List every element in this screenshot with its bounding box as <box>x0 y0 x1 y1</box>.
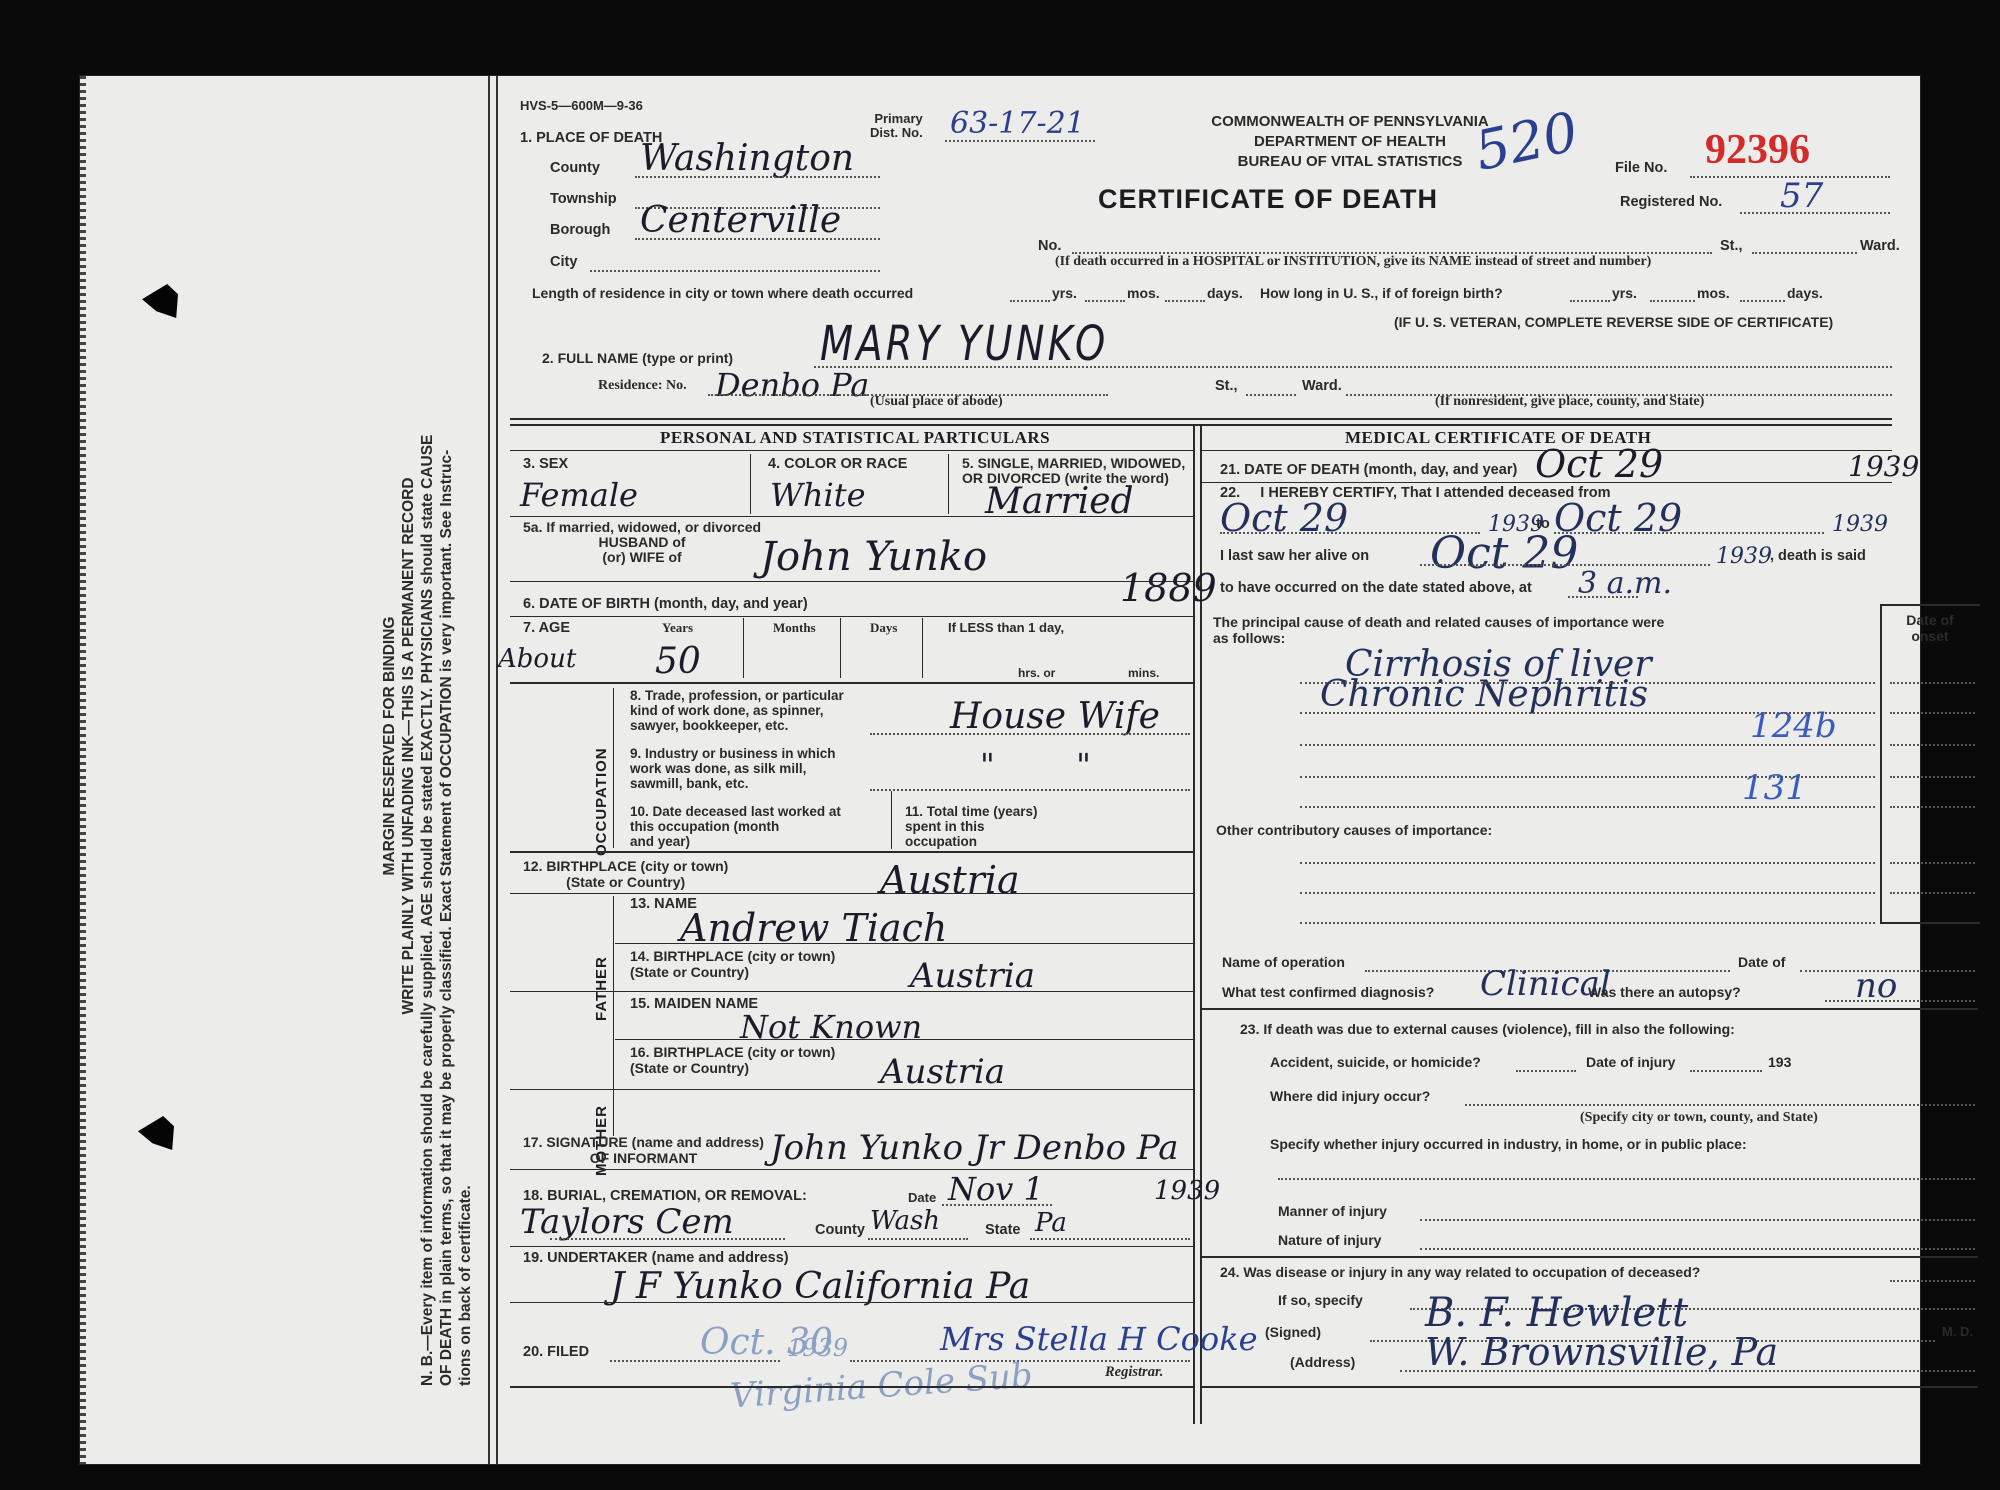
manner-line <box>1420 1219 1975 1221</box>
trade-value: House Wife <box>950 696 1160 737</box>
autopsy-label: Was there an autopsy? <box>1588 984 1741 1000</box>
margin-line-1: MARGIN RESERVED FOR BINDING <box>380 96 399 1396</box>
address-line <box>1400 1370 1975 1372</box>
row-rule-22 <box>1202 1008 1978 1010</box>
burial-date-value: Nov 1 <box>948 1170 1044 1208</box>
undertaker-value: J F Yunko California Pa <box>610 1266 1030 1307</box>
industry-value: " " <box>980 746 1091 784</box>
burial-place-value: Taylors Cem <box>520 1202 734 1242</box>
row-rule-11 <box>510 851 1193 853</box>
registered-no-value: 57 <box>1780 176 1823 216</box>
city-line <box>590 270 880 272</box>
row-rule-23 <box>1202 1256 1978 1258</box>
father-birthplace-value: Austria <box>910 956 1035 996</box>
burial-county-line <box>868 1238 968 1240</box>
registered-no-label: Registered No. <box>1620 194 1722 210</box>
age-prefix: About <box>498 644 576 674</box>
informant-value: John Yunko Jr Denbo Pa <box>770 1128 1179 1168</box>
occupation-related-label: 24. Was disease or injury in any way rel… <box>1220 1264 1700 1280</box>
burial-state-value: Pa <box>1035 1208 1067 1238</box>
burial-year: 1939 <box>1154 1176 1220 1206</box>
mother-name-label: 15. MAIDEN NAME <box>630 996 758 1012</box>
residence-ward-label: Ward. <box>1302 378 1342 394</box>
ward-label: Ward. <box>1860 238 1900 254</box>
industry-label: 9. Industry or business in which work wa… <box>630 746 836 791</box>
cause-line-5 <box>1300 806 1875 808</box>
punch-hole-top <box>142 284 178 318</box>
onset-line-1 <box>1890 682 1975 684</box>
address-label: (Address) <box>1290 1354 1355 1370</box>
residence-mos-label: mos. <box>1127 285 1160 301</box>
cause-line-4 <box>1300 776 1875 778</box>
age-years-label: Years <box>662 620 693 636</box>
specify-label: Specify whether injury occurred in indus… <box>1270 1136 1747 1152</box>
age-mins-label: mins. <box>1128 666 1159 680</box>
borough-label: Borough <box>550 222 610 238</box>
file-no-value: 92396 <box>1705 126 1810 174</box>
age-col-1 <box>743 618 744 678</box>
onset-divider <box>1880 604 1882 924</box>
row-rule-5a <box>510 581 1193 582</box>
residence-mos-line <box>1085 300 1125 302</box>
row-rule-19 <box>510 1302 1193 1303</box>
where-line <box>1465 1104 1975 1106</box>
occupation-col-divider <box>891 791 892 849</box>
veteran-note: (IF U. S. VETERAN, COMPLETE REVERSE SIDE… <box>1394 314 1833 330</box>
us-length-label: How long in U. S., if of foreign birth? <box>1260 285 1503 301</box>
residence-label: Residence: No. <box>598 378 687 394</box>
race-label: 4. COLOR OR RACE <box>768 456 907 472</box>
dob-label: 6. DATE OF BIRTH (month, day, and year) <box>523 596 808 612</box>
registrar-value: Mrs Stella H Cooke <box>940 1320 1258 1358</box>
hospital-note: (If death occurred in a HOSPITAL or INST… <box>1055 254 1651 270</box>
row-rule-7 <box>510 682 1193 684</box>
registered-no-line <box>1740 212 1890 214</box>
personal-heading: PERSONAL AND STATISTICAL PARTICULARS <box>660 428 1050 448</box>
borough-value: Centerville <box>640 200 841 241</box>
row-rule-12 <box>510 893 1193 894</box>
nature-label: Nature of injury <box>1278 1232 1381 1248</box>
death-certificate-page: MARGIN RESERVED FOR BINDING WRITE PLAINL… <box>80 76 1920 1464</box>
row-rule-6 <box>510 616 1193 617</box>
occupation-side-rule <box>613 688 614 848</box>
trade-line <box>870 733 1190 735</box>
age-less-label: If LESS than 1 day, <box>948 620 1064 635</box>
primary-dist-value: 63-17-21 <box>950 106 1085 141</box>
contributory-label: Other contributory causes of importance: <box>1216 822 1492 838</box>
death-said-label: , death is said <box>1770 548 1866 564</box>
binding-line <box>488 76 498 1464</box>
row-rule-14 <box>510 991 1193 992</box>
race-value: White <box>770 476 866 514</box>
mother-name-value: Not Known <box>740 1008 922 1046</box>
section-rule-1 <box>510 418 1892 420</box>
dod-value: Oct 29 <box>1535 442 1663 486</box>
ward-line <box>1752 252 1857 254</box>
dod-label: 21. DATE OF DEATH (month, day, and year) <box>1220 462 1517 478</box>
burial-date-line <box>942 1204 1052 1206</box>
burial-state-line <box>1030 1238 1190 1240</box>
row-rule-15 <box>615 1039 1193 1040</box>
burial-date-label: Date <box>908 1190 936 1205</box>
date-of-label: Date of <box>1738 954 1785 970</box>
personal-heading-rule <box>510 450 1193 451</box>
us-mos-line <box>1650 300 1695 302</box>
borough-line <box>635 238 880 240</box>
row-rule-21 <box>1202 482 1892 483</box>
where-note: (Specify city or town, county, and State… <box>1580 1110 1818 1126</box>
street-no-label: No. <box>1038 238 1061 254</box>
race-marital-divider <box>948 454 949 514</box>
burial-place-line <box>550 1238 785 1240</box>
burial-county-value: Wash <box>870 1206 940 1236</box>
father-birthplace-label: 14. BIRTHPLACE (city or town) (State or … <box>630 948 835 980</box>
nature-line <box>1420 1248 1975 1250</box>
filed-year: 1939 <box>787 1334 848 1362</box>
attended-to-year: 1939 <box>1832 512 1888 537</box>
cause-code-2: 131 <box>1742 768 1807 808</box>
residence-value: Denbo Pa <box>715 366 869 404</box>
autopsy-line <box>1825 1000 1975 1002</box>
residence-st-line <box>1246 394 1296 396</box>
industry-line <box>870 789 1190 791</box>
mother-side-rule <box>613 994 614 1136</box>
row-rule-24 <box>1202 1386 1978 1388</box>
occurred-label: to have occurred on the date stated abov… <box>1220 580 1532 596</box>
undertaker-label: 19. UNDERTAKER (name and address) <box>523 1250 789 1266</box>
county-value: Washington <box>640 138 854 179</box>
burial-state-label: State <box>985 1222 1020 1238</box>
county-label: County <box>550 160 600 176</box>
county-line <box>635 176 880 178</box>
cause-2-value: Chronic Nephritis <box>1320 674 1648 715</box>
dob-value: 1889 <box>1120 566 1217 610</box>
age-months-label: Months <box>773 620 816 636</box>
full-name-value: MARY YUNKO <box>820 316 1108 372</box>
margin-line-2: WRITE PLAINLY WITH UNFADING INK—THIS IS … <box>399 96 418 1396</box>
last-saw-label: I last saw her alive on <box>1220 548 1369 564</box>
address-value: W. Brownsville, Pa <box>1425 1330 1778 1374</box>
residence-days-line <box>1165 300 1205 302</box>
total-time-label: 11. Total time (years) spent in this occ… <box>905 804 1038 849</box>
us-mos-label: mos. <box>1697 285 1730 301</box>
accident-line <box>1516 1070 1576 1072</box>
street-st-label: St., <box>1720 238 1743 254</box>
age-days-label: Days <box>870 620 897 636</box>
us-yrs-line <box>1570 300 1610 302</box>
age-label: 7. AGE <box>523 620 570 636</box>
onset-bottom-rule <box>1880 922 1980 924</box>
mother-birthplace-label: 16. BIRTHPLACE (city or town) (State or … <box>630 1044 835 1076</box>
row-rule-20 <box>510 1386 1193 1388</box>
age-col-3 <box>922 618 923 678</box>
onset-line-3 <box>1890 744 1975 746</box>
us-yrs-label: yrs. <box>1612 285 1637 301</box>
injury-year: 193 <box>1768 1054 1791 1070</box>
cause-line-2 <box>1300 712 1875 714</box>
primary-dist-line <box>945 140 1095 142</box>
onset-label: Date of onset <box>1890 612 1970 644</box>
residence-st-label: St., <box>1215 378 1238 394</box>
last-worked-label: 10. Date deceased last worked at this oc… <box>630 804 841 849</box>
sex-value: Female <box>520 476 638 514</box>
onset-line-4 <box>1890 776 1975 778</box>
onset-line-5 <box>1890 806 1975 808</box>
punch-hole-bottom <box>138 1116 174 1150</box>
dod-year: 1939 <box>1848 450 1919 483</box>
residence-days-label: days. <box>1207 285 1243 301</box>
registrar-label: Registrar. <box>1105 1364 1163 1381</box>
margin-line-4: OF DEATH in plain terms, so that it may … <box>437 96 456 1396</box>
row-rule-13 <box>615 943 1193 944</box>
sex-race-divider <box>750 454 751 514</box>
father-side-label: FATHER <box>593 956 610 1021</box>
burial-county-label: County <box>815 1222 865 1238</box>
filed-line <box>610 1360 780 1362</box>
onset-line-2 <box>1890 712 1975 714</box>
age-col-2 <box>840 618 841 678</box>
operation-label: Name of operation <box>1222 954 1345 970</box>
age-hrs-label: hrs. or <box>1018 666 1055 680</box>
informant-label: 17. SIGNATURE (name and address) OF INFO… <box>523 1134 764 1166</box>
cause-line-3 <box>1300 744 1875 746</box>
age-years-value: 50 <box>655 641 701 682</box>
if-so-label: If so, specify <box>1278 1292 1363 1308</box>
onset-top-rule <box>1880 604 1980 606</box>
row-rule-16 <box>510 1089 1193 1090</box>
onset-contrib-line-2 <box>1890 892 1975 894</box>
signed-label: (Signed) <box>1265 1324 1321 1340</box>
external-label: 23. If death was due to external causes … <box>1240 1021 1735 1037</box>
filed-label: 20. FILED <box>523 1344 589 1360</box>
onset-contrib-line-1 <box>1890 862 1975 864</box>
residence-yrs-line <box>1010 300 1050 302</box>
last-saw-value: Oct 29 <box>1430 528 1578 579</box>
full-name-line <box>814 366 1892 368</box>
time-line <box>1568 596 1638 598</box>
where-label: Where did injury occur? <box>1270 1088 1430 1104</box>
row-rule-18 <box>510 1246 1193 1247</box>
spouse-value: John Yunko <box>760 534 987 580</box>
injury-date-line <box>1690 1070 1762 1072</box>
test-label: What test confirmed diagnosis? <box>1222 984 1434 1000</box>
injury-date-label: Date of injury <box>1586 1054 1675 1070</box>
residence-yrs-label: yrs. <box>1052 285 1077 301</box>
us-days-line <box>1740 300 1785 302</box>
sex-label: 3. SEX <box>523 456 568 472</box>
residence-sub: (Usual place of abode) <box>870 394 1003 410</box>
manner-label: Manner of injury <box>1278 1203 1387 1219</box>
row-rule-3 <box>510 516 1193 517</box>
township-label: Township <box>550 191 617 207</box>
occupation-related-line <box>1890 1280 1975 1282</box>
specify-line <box>1278 1178 1975 1180</box>
mother-birthplace-value: Austria <box>880 1052 1005 1092</box>
birthplace-value: Austria <box>880 858 1020 902</box>
primary-dist-label: Primary Dist. No. <box>870 112 923 140</box>
occupation-side-label: OCCUPATION <box>593 747 610 856</box>
city-label: City <box>550 254 577 270</box>
cause-line-1 <box>1300 682 1875 684</box>
full-name-label: 2. FULL NAME (type or print) <box>542 350 733 366</box>
file-no-label: File No. <box>1615 160 1667 176</box>
us-days-label: days. <box>1787 285 1823 301</box>
accident-label: Accident, suicide, or homicide? <box>1270 1054 1481 1070</box>
contributory-line-2 <box>1300 892 1875 894</box>
contributory-line-1 <box>1300 862 1875 864</box>
nonresident-note: (If nonresident, give place, county, and… <box>1435 394 1704 410</box>
cause-label: The principal cause of death and related… <box>1213 614 1664 646</box>
trade-label: 8. Trade, profession, or particular kind… <box>630 688 844 733</box>
attended-to-line <box>1554 532 1824 534</box>
residence-length-label: Length of residence in city or town wher… <box>532 285 913 301</box>
contributory-line-3 <box>1300 922 1875 924</box>
page-title: CERTIFICATE OF DEATH <box>1098 184 1438 215</box>
md-label: M. D. <box>1942 1324 1973 1339</box>
margin-line-3: N. B.—Every item of information should b… <box>418 96 437 1396</box>
form-code: HVS-5—600M—9-36 <box>520 98 643 113</box>
margin-line-5: tions on back of certificate. <box>456 96 475 1396</box>
spouse-label: 5a. If married, widowed, or divorced HUS… <box>523 520 761 565</box>
row-rule-17 <box>510 1169 1193 1170</box>
birthplace-label: 12. BIRTHPLACE (city or town) (State or … <box>523 858 728 890</box>
last-saw-year: 1939 <box>1716 544 1772 569</box>
